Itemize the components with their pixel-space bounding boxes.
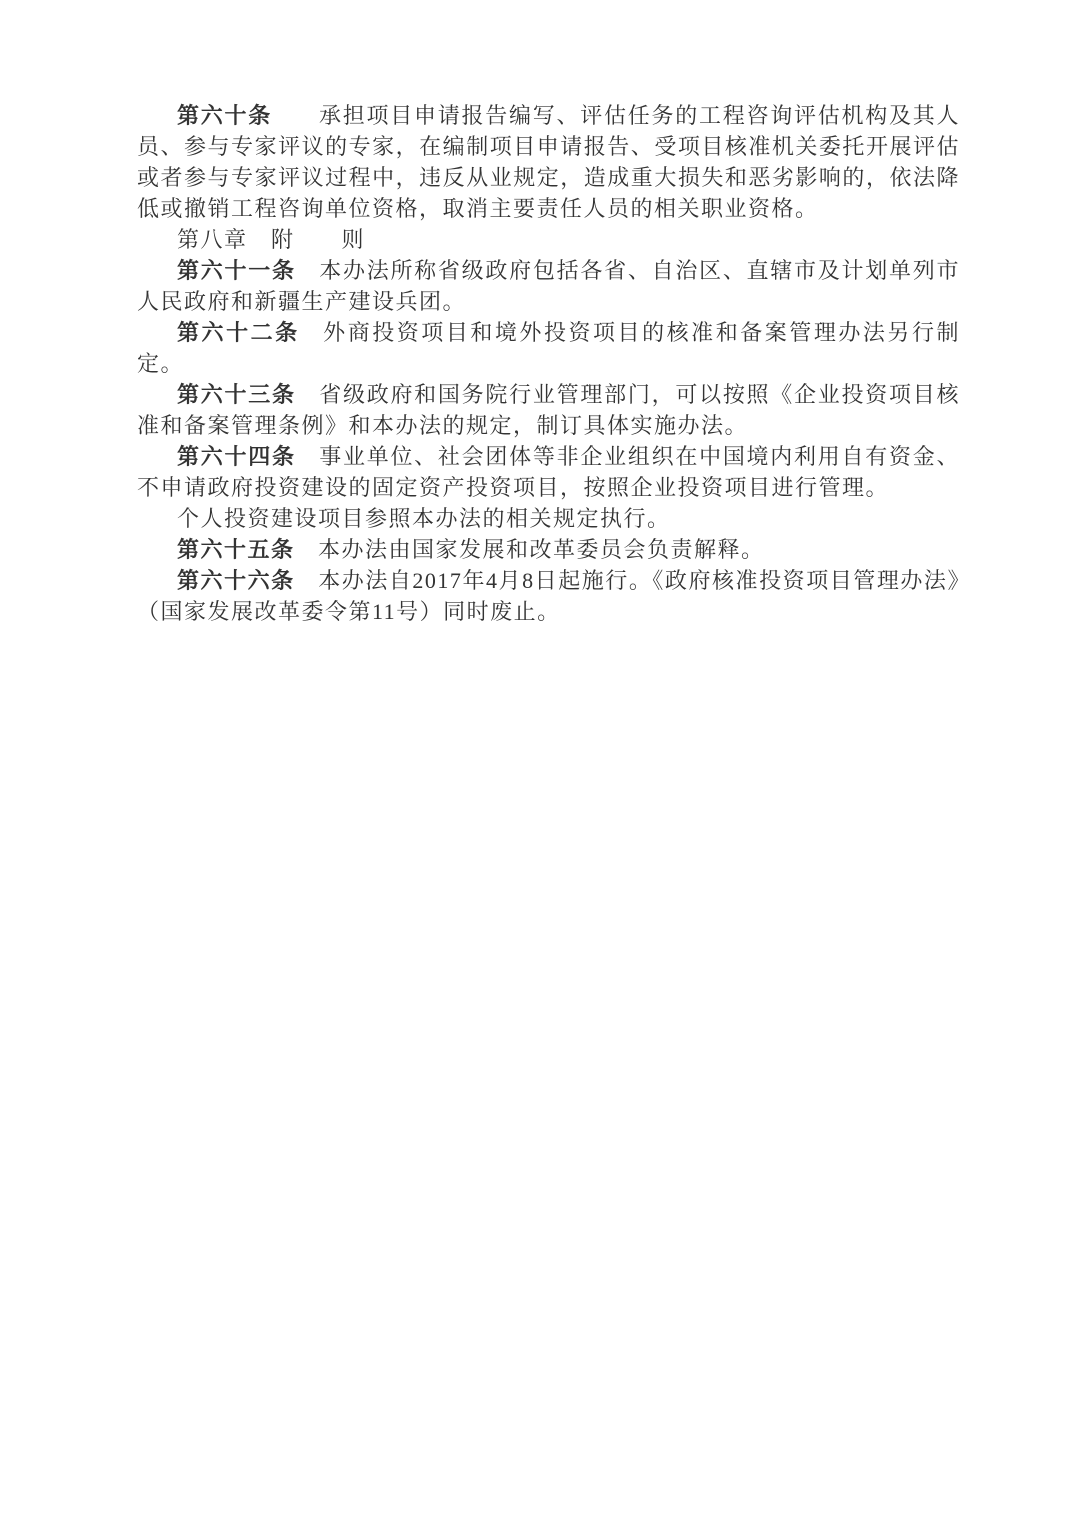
article-paragraph-64: 第六十四条事业单位、社会团体等非企业组织在中国境内利用自有资金、不申请政府投资建… [137, 441, 960, 503]
article-text: 本办法由国家发展和改革委员会负责解释。 [318, 537, 765, 562]
plain-paragraph: 个人投资建设项目参照本办法的相关规定执行。 [137, 503, 960, 534]
article-paragraph-61: 第六十一条本办法所称省级政府包括各省、自治区、直辖市及计划单列市人民政府和新疆生… [137, 255, 960, 317]
article-paragraph-66: 第六十六条本办法自2017年4月8日起施行。《政府核准投资项目管理办法》（国家发… [137, 565, 960, 627]
article-number: 第六十六条 [177, 568, 295, 593]
article-number: 第六十一条 [177, 258, 296, 283]
article-number: 第六十三条 [177, 382, 296, 407]
article-number: 第六十二条 [177, 320, 300, 345]
document-page: 第六十条承担项目申请报告编写、评估任务的工程咨询评估机构及其人员、参与专家评议的… [0, 0, 1074, 1520]
article-paragraph-62: 第六十二条外商投资项目和境外投资项目的核准和备案管理办法另行制定。 [137, 317, 960, 379]
article-paragraph-60: 第六十条承担项目申请报告编写、评估任务的工程咨询评估机构及其人员、参与专家评议的… [137, 100, 960, 224]
article-paragraph-63: 第六十三条省级政府和国务院行业管理部门，可以按照《企业投资项目核准和备案管理条例… [137, 379, 960, 441]
article-number: 第六十四条 [177, 444, 296, 469]
chapter-heading: 第八章 附 则 [137, 224, 960, 255]
paragraph-text: 个人投资建设项目参照本办法的相关规定执行。 [177, 506, 671, 531]
article-paragraph-65: 第六十五条本办法由国家发展和改革委员会负责解释。 [137, 534, 960, 565]
article-number: 第六十条 [177, 103, 272, 128]
article-number: 第六十五条 [177, 537, 295, 562]
